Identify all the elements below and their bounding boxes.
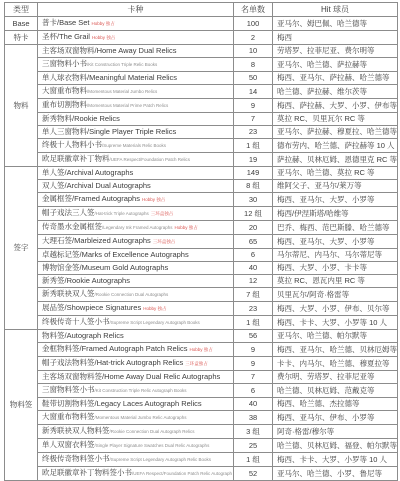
card-type-cn: 单人双窗衣料签 (42, 440, 95, 449)
table-row: Base普卡/Base SetHobby 独占100亚马尔、姆巴佩、哈兰德等 (5, 17, 398, 31)
card-type-cn: 单人球衣物料 (42, 73, 87, 82)
card-type-en: /Legacy Laces Autograph Relics (95, 399, 202, 408)
table-row: 大窗重布物料/Momentous Material Jumbo Relics14… (5, 85, 398, 99)
card-type-cn: 主客场双窗物料 (42, 46, 95, 55)
hit-players-cell: 梅西、哈兰德、杰拉德等 (273, 398, 398, 411)
card-type-cell: 欧足联徽章补丁物料/UEFA Respect/Foundation Patch … (38, 153, 234, 167)
card-type-en: /Momentous Material Prime Patch Relics (87, 103, 168, 108)
exclusive-tag: Hobby 独占 (175, 225, 198, 230)
table-row: 金属框签/Framed AutographsHobby 独占30梅西、亚马尔、大… (5, 193, 398, 207)
hit-players-cell: 亚马尔、萨拉赫、穆夏拉、哈兰德等 (273, 126, 398, 139)
table-row: 单人三窗物料/Single Player Triple Relics23亚马尔、… (5, 126, 398, 139)
category-cell: 特卡 (5, 31, 38, 45)
card-type-cell: 普卡/Base SetHobby 独占 (38, 17, 234, 31)
card-type-cn: 金属框签 (42, 194, 72, 203)
hit-players-cell: 梅西、亚马尔、大罗、小罗等 (273, 235, 398, 249)
card-type-cell: 帽子戏法物料签/Hat-trick Autograph Relics三环盒独占 (38, 357, 234, 371)
card-type-en: /Single Player Triple Relics (87, 127, 176, 136)
hit-players-cell: 梅西 (273, 31, 398, 45)
count-cell: 7 组 (234, 288, 273, 302)
card-type-cn: 物料签 (42, 331, 65, 340)
hit-players-cell: 维阿父子、亚马尔/莱万等 (273, 180, 398, 193)
card-type-cell: 传奇墨水金属框签/Legendary Ink Framed Autographs… (38, 221, 234, 235)
count-cell: 40 (234, 398, 273, 411)
table-row: 大窗重布物料签/Momentous Material Jumbo Relic A… (5, 411, 398, 425)
card-type-en: /Rookie Relics (72, 114, 120, 123)
card-type-cell: 单人签/Archival Autographs (38, 167, 234, 180)
header-row: 类型 卡种 名单数 Hit 球员 (5, 3, 398, 17)
card-type-cell: 新秀签/Rookie Autographs (38, 275, 234, 288)
count-cell: 2 (234, 31, 273, 45)
card-type-cell: 展品签/Showpiece SignaturesHobby 独占 (38, 302, 234, 316)
hit-players-cell: 梅西、卡卡、大罗、小罗等 10 人 (273, 316, 398, 330)
card-type-en: /Base Set (57, 18, 90, 27)
col-header-category: 类型 (5, 3, 38, 17)
col-header-count: 名单数 (234, 3, 273, 17)
card-type-cn: 单人签 (42, 168, 65, 177)
card-type-cn: 大窗重布物料 (42, 86, 87, 95)
card-type-cn: 博物馆金签 (42, 263, 80, 272)
count-cell: 25 (234, 439, 273, 453)
hit-players-cell: 阿奇·格雷/穆尔等 (273, 425, 398, 439)
exclusive-tag: Hobby 独占 (92, 21, 115, 26)
count-cell: 50 (234, 72, 273, 85)
table-row: 双人签/Archival Dual Autographs8 组维阿父子、亚马尔/… (5, 180, 398, 193)
count-cell: 12 组 (234, 207, 273, 221)
card-type-cn: 主客场双窗物料签 (42, 372, 102, 381)
card-type-cell: 终极传奇物料签小书/Supreme Script Legendary Autog… (38, 453, 234, 467)
card-type-cn: 新秀物料 (42, 114, 72, 123)
checklist-table: 类型 卡种 名单数 Hit 球员 Base普卡/Base SetHobby 独占… (4, 2, 398, 481)
card-type-cn: 新秀联袂双人签 (42, 289, 95, 298)
hit-players-cell: 梅西、亚马尔、伊布、小罗等 (273, 411, 398, 425)
card-type-en: /Showpiece Signatures (65, 303, 142, 312)
count-cell: 65 (234, 235, 273, 249)
card-type-en: /The Grail (57, 32, 90, 41)
card-type-en: /Supreme Script Legendary Autograph Reli… (110, 457, 212, 462)
card-type-cn: 金框物料签 (42, 344, 80, 353)
card-type-cell: 双人签/Archival Dual Autographs (38, 180, 234, 193)
card-type-cn: 三窗物料小书 (42, 59, 87, 68)
card-checklist-table: 类型 卡种 名单数 Hit 球员 Base普卡/Base SetHobby 独占… (0, 0, 400, 481)
card-type-en: /Rookie Connection Dual Autograph Relics (110, 429, 195, 434)
table-row: 金框物料签/Framed Autograph Patch RelicsHobby… (5, 343, 398, 357)
card-type-cell: 鞋带切割物料签/Legacy Laces Autograph Relics (38, 398, 234, 411)
card-type-en: /Rookie Connection Dual Autographs (95, 292, 169, 297)
card-type-en: /Home Away Dual Relic Autographs (102, 372, 220, 381)
table-row: 三窗物料签小书/Kit Construction Triple Relic Au… (5, 384, 398, 398)
count-cell: 1 组 (234, 316, 273, 330)
card-type-cn: 三窗物料签小书 (42, 385, 95, 394)
table-row: 终极传奇物料签小书/Supreme Script Legendary Autog… (5, 453, 398, 467)
table-row: 帽子戏法物料签/Hat-trick Autograph Relics三环盒独占9… (5, 357, 398, 371)
table-row: 博物馆金签/Museum Gold Autographs40梅西、大罗、小罗、卡… (5, 262, 398, 275)
table-row: 新秀联袂双人签/Rookie Connection Dual Autograph… (5, 288, 398, 302)
card-type-en: /Single Player Signature Swatches Dual R… (95, 443, 210, 448)
hit-players-cell: 卡卡、内马尔、哈兰德、穆夏拉等 (273, 357, 398, 371)
count-cell: 52 (234, 467, 273, 481)
card-type-cn: 圣杯 (42, 32, 57, 41)
card-type-cn: 欧足联徽章补丁物料签小书 (42, 468, 132, 477)
table-row: 特卡圣杯/The GrailHobby 独占2梅西 (5, 31, 398, 45)
exclusive-tag: 三环盒独占 (151, 211, 174, 216)
count-cell: 40 (234, 262, 273, 275)
hit-players-cell: 萨拉赫、贝林厄姆、恩德里克 RC 等 (273, 153, 398, 167)
card-type-cn: 终极传奇物料签小书 (42, 454, 110, 463)
count-cell: 1 组 (234, 453, 273, 467)
card-type-cell: 帽子戏法三人签/Hat-trick Triple Autographs三环盒独占 (38, 207, 234, 221)
exclusive-tag: 三环盒独占 (153, 239, 176, 244)
card-type-en: /UEFA Respect/Foundation Patch Relic Aut… (132, 471, 234, 476)
card-type-en: /Autograph Relics (65, 331, 124, 340)
count-cell: 9 (234, 99, 273, 113)
card-type-cn: 鞋带切割物料签 (42, 399, 95, 408)
card-type-cn: 单人三窗物料 (42, 127, 87, 136)
count-cell: 149 (234, 167, 273, 180)
count-cell: 7 (234, 371, 273, 384)
table-row: 三窗物料小书/Kit Construction Triple Relic Boo… (5, 58, 398, 72)
count-cell: 100 (234, 17, 273, 31)
card-type-en: /Hat-trick Triple Autographs (95, 211, 149, 216)
card-type-cn: 重布切割物料 (42, 100, 87, 109)
hit-players-cell: 梅西/伊涅斯塔/哈维等 (273, 207, 398, 221)
card-type-cell: 主客场双窗物料/Home Away Dual Relics (38, 45, 234, 58)
table-row: 单人双窗衣料签/Single Player Signature Swatches… (5, 439, 398, 453)
hit-players-cell: 巴乔、梅西、范巴斯滕、哈兰德等 (273, 221, 398, 235)
card-type-cell: 卓越标记签/Marks of Excellence Autographs (38, 249, 234, 262)
count-cell: 6 (234, 249, 273, 262)
table-row: 新秀物料/Rookie Relics7莫拉 RC、贝里瓦尔 RC 等 (5, 113, 398, 126)
card-type-cell: 三窗物料签小书/Kit Construction Triple Relic Au… (38, 384, 234, 398)
card-type-cell: 大理石签/Marbleized Autographs三环盒独占 (38, 235, 234, 249)
exclusive-tag: Hobby 独占 (142, 197, 165, 202)
count-cell: 10 (234, 45, 273, 58)
hit-players-cell: 梅西、亚马尔、大罗、小罗等 (273, 193, 398, 207)
card-type-cn: 终极十人物料小书 (42, 140, 102, 149)
table-row: 新秀签/Rookie Autographs12莫拉 RC、恩瓦内里 RC 等 (5, 275, 398, 288)
table-row: 物料签物料签/Autograph Relics56亚马尔、哈兰德、帕尔默等 (5, 330, 398, 343)
count-cell: 12 (234, 275, 273, 288)
table-row: 签字单人签/Archival Autographs149亚马尔、哈兰德、莫拉 R… (5, 167, 398, 180)
card-type-cell: 重布切割物料/Momentous Material Prime Patch Re… (38, 99, 234, 113)
table-row: 单人球衣物料/Meaningful Material Relics50梅西、亚马… (5, 72, 398, 85)
table-row: 主客场双窗物料签/Home Away Dual Relic Autographs… (5, 371, 398, 384)
hit-players-cell: 梅西、大罗、小罗、伊布、贝尔等 (273, 302, 398, 316)
table-row: 鞋带切割物料签/Legacy Laces Autograph Relics40梅… (5, 398, 398, 411)
table-row: 终极传奇十人签小书/Supreme Script Legendary Autog… (5, 316, 398, 330)
count-cell: 23 (234, 126, 273, 139)
count-cell: 20 (234, 221, 273, 235)
count-cell: 8 组 (234, 180, 273, 193)
card-type-en: /Framed Autograph Patch Relics (80, 344, 188, 353)
count-cell: 8 (234, 58, 273, 72)
card-type-cell: 新秀联袂双人物料签/Rookie Connection Dual Autogra… (38, 425, 234, 439)
hit-players-cell: 亚马尔、姆巴佩、哈兰德等 (273, 17, 398, 31)
count-cell: 9 (234, 357, 273, 371)
hit-players-cell: 哈兰德、萨拉赫、维尔茨等 (273, 85, 398, 99)
card-type-en: /Momentous Material Jumbo Relics (87, 89, 157, 94)
hit-players-cell: 梅西、萨拉赫、大罗、小罗、伊布等 (273, 99, 398, 113)
card-type-cell: 单人三窗物料/Single Player Triple Relics (38, 126, 234, 139)
table-row: 终极十人物料小书/Supreme Materials Relic Books1 … (5, 139, 398, 153)
category-cell: Base (5, 17, 38, 31)
card-type-cell: 主客场双窗物料签/Home Away Dual Relic Autographs (38, 371, 234, 384)
exclusive-tag: Hobby 独占 (189, 347, 212, 352)
card-type-en: /Rookie Autographs (65, 276, 130, 285)
hit-players-cell: 梅西、亚马尔、哈兰德、贝林厄姆等 (273, 343, 398, 357)
card-type-en: /Home Away Dual Relics (95, 46, 177, 55)
card-type-cn: 展品签 (42, 303, 65, 312)
hit-players-cell: 莫拉 RC、恩瓦内里 RC 等 (273, 275, 398, 288)
table-row: 新秀联袂双人物料签/Rookie Connection Dual Autogra… (5, 425, 398, 439)
hit-players-cell: 亚马尔、哈兰德、莫拉 RC 等 (273, 167, 398, 180)
count-cell: 7 (234, 113, 273, 126)
card-type-en: /Kit Construction Triple Relic Books (87, 62, 157, 67)
table-row: 大理石签/Marbleized Autographs三环盒独占65梅西、亚马尔、… (5, 235, 398, 249)
card-type-cell: 圣杯/The GrailHobby 独占 (38, 31, 234, 45)
card-type-cell: 新秀物料/Rookie Relics (38, 113, 234, 126)
card-type-en: /Marbleized Autographs (72, 236, 151, 245)
table-row: 重布切割物料/Momentous Material Prime Patch Re… (5, 99, 398, 113)
card-type-cn: 卓越标记签 (42, 250, 80, 259)
table-row: 帽子戏法三人签/Hat-trick Triple Autographs三环盒独占… (5, 207, 398, 221)
card-type-cn: 新秀签 (42, 276, 65, 285)
hit-players-cell: 费尔明、劳塔罗、拉菲尼亚等 (273, 371, 398, 384)
hit-players-cell: 哈兰德、贝林厄姆、范戴克等 (273, 384, 398, 398)
card-type-cell: 欧足联徽章补丁物料签小书/UEFA Respect/Foundation Pat… (38, 467, 234, 481)
hit-players-cell: 德布劳内、哈兰德、萨拉赫等 10 人 (273, 139, 398, 153)
table-row: 欧足联徽章补丁物料/UEFA Respect/Foundation Patch … (5, 153, 398, 167)
card-type-en: /Kit Construction Triple Relic Autograph… (95, 388, 187, 393)
card-type-en: /Museum Gold Autographs (80, 263, 169, 272)
col-header-card-type: 卡种 (38, 3, 234, 17)
card-type-en: /Marks of Excellence Autographs (80, 250, 189, 259)
card-type-en: /Supreme Script Legendary Autograph Book… (110, 320, 200, 325)
card-type-cell: 三窗物料小书/Kit Construction Triple Relic Boo… (38, 58, 234, 72)
hit-players-cell: 劳塔罗、拉菲尼亚、费尔明等 (273, 45, 398, 58)
table-row: 展品签/Showpiece SignaturesHobby 独占23梅西、大罗、… (5, 302, 398, 316)
hit-players-cell: 梅西、卡卡、大罗、小罗等 10 人 (273, 453, 398, 467)
category-cell: 物料签 (5, 330, 38, 481)
table-row: 卓越标记签/Marks of Excellence Autographs6马尔蒂… (5, 249, 398, 262)
category-cell: 物料 (5, 45, 38, 167)
card-type-en: /Momentous Material Jumbo Relic Autograp… (95, 415, 187, 420)
card-type-en: /Hat-trick Autograph Relics (95, 358, 184, 367)
hit-players-cell: 莫拉 RC、贝里瓦尔 RC 等 (273, 113, 398, 126)
hit-players-cell: 贝里瓦尔/阿奇·格雷等 (273, 288, 398, 302)
card-type-cell: 单人球衣物料/Meaningful Material Relics (38, 72, 234, 85)
card-type-cn: 新秀联袂双人物料签 (42, 426, 110, 435)
count-cell: 14 (234, 85, 273, 99)
category-cell: 签字 (5, 167, 38, 330)
count-cell: 56 (234, 330, 273, 343)
card-type-cell: 单人双窗衣料签/Single Player Signature Swatches… (38, 439, 234, 453)
card-type-cell: 博物馆金签/Museum Gold Autographs (38, 262, 234, 275)
card-type-cn: 大理石签 (42, 236, 72, 245)
hit-players-cell: 梅西、大罗、小罗、卡卡等 (273, 262, 398, 275)
table-row: 物料主客场双窗物料/Home Away Dual Relics10劳塔罗、拉菲尼… (5, 45, 398, 58)
hit-players-cell: 亚马尔、哈兰德、帕尔默等 (273, 330, 398, 343)
card-type-en: /Archival Autographs (65, 168, 134, 177)
hit-players-cell: 哈兰德、贝林厄姆、福登、帕尔默等 (273, 439, 398, 453)
card-type-cell: 大窗重布物料签/Momentous Material Jumbo Relic A… (38, 411, 234, 425)
card-type-en: /Supreme Materials Relic Books (102, 143, 166, 148)
card-type-en: /Meaningful Material Relics (87, 73, 177, 82)
card-type-en: /Archival Dual Autographs (65, 181, 151, 190)
count-cell: 38 (234, 411, 273, 425)
hit-players-cell: 亚马尔、哈兰德、小罗、鲁尼等 (273, 467, 398, 481)
table-row: 传奇墨水金属框签/Legendary Ink Framed Autographs… (5, 221, 398, 235)
card-type-cell: 物料签/Autograph Relics (38, 330, 234, 343)
hit-players-cell: 马尔蒂尼、内马尔、马尔蒂尼等 (273, 249, 398, 262)
count-cell: 23 (234, 302, 273, 316)
hit-players-cell: 亚马尔、哈兰德、萨拉赫等 (273, 58, 398, 72)
card-type-cell: 金属框签/Framed AutographsHobby 独占 (38, 193, 234, 207)
card-type-cn: 大窗重布物料签 (42, 412, 95, 421)
exclusive-tag: Hobby 独占 (92, 35, 115, 40)
card-type-cell: 金框物料签/Framed Autograph Patch RelicsHobby… (38, 343, 234, 357)
card-type-cn: 欧足联徽章补丁物料 (42, 154, 110, 163)
card-type-en: /Framed Autographs (72, 194, 140, 203)
col-header-hit-players: Hit 球员 (273, 3, 398, 17)
card-type-cell: 终极十人物料小书/Supreme Materials Relic Books (38, 139, 234, 153)
card-type-cn: 帽子戏法三人签 (42, 208, 95, 217)
card-type-cn: 传奇墨水金属框签 (42, 222, 102, 231)
card-type-cell: 大窗重布物料/Momentous Material Jumbo Relics (38, 85, 234, 99)
exclusive-tag: Hobby 独占 (143, 306, 166, 311)
table-row: 欧足联徽章补丁物料签小书/UEFA Respect/Foundation Pat… (5, 467, 398, 481)
card-type-cell: 终极传奇十人签小书/Supreme Script Legendary Autog… (38, 316, 234, 330)
count-cell: 1 组 (234, 139, 273, 153)
card-type-en: /Legendary Ink Framed Autographs (102, 225, 173, 230)
count-cell: 30 (234, 193, 273, 207)
count-cell: 3 组 (234, 425, 273, 439)
card-table-body: Base普卡/Base SetHobby 独占100亚马尔、姆巴佩、哈兰德等特卡… (5, 17, 398, 481)
count-cell: 19 (234, 153, 273, 167)
card-type-cn: 终极传奇十人签小书 (42, 317, 110, 326)
exclusive-tag: 三环盒独占 (185, 361, 208, 366)
hit-players-cell: 梅西、亚马尔、萨拉赫、哈兰德等 (273, 72, 398, 85)
card-type-en: /UEFA Respect/Foundation Patch Relics (110, 157, 191, 162)
count-cell: 9 (234, 343, 273, 357)
card-type-cn: 普卡 (42, 18, 57, 27)
count-cell: 6 (234, 384, 273, 398)
card-type-cell: 新秀联袂双人签/Rookie Connection Dual Autograph… (38, 288, 234, 302)
card-type-cn: 帽子戏法物料签 (42, 358, 95, 367)
card-type-cn: 双人签 (42, 181, 65, 190)
